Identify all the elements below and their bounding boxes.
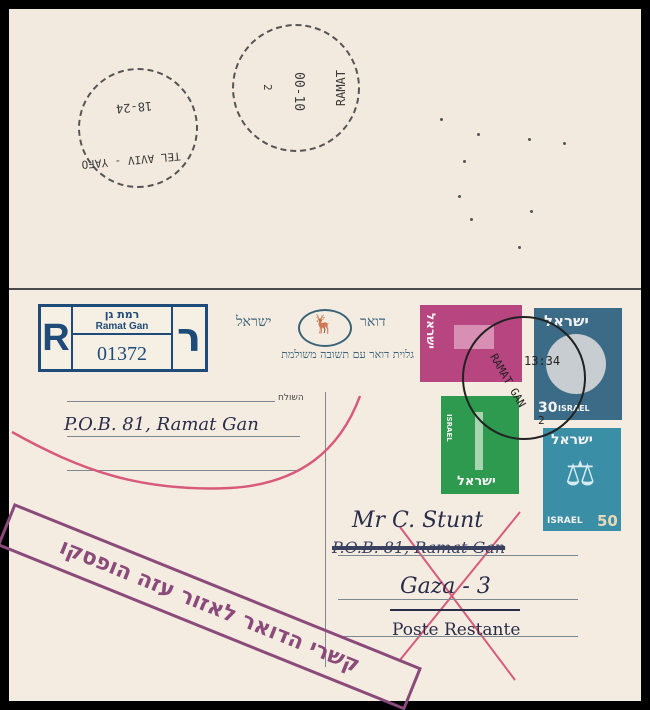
address-name: Mr C. Stunt (352, 508, 483, 533)
red-crayon-marks (0, 0, 650, 710)
address-line (338, 555, 578, 556)
city-underline (390, 609, 520, 611)
address-line (338, 599, 578, 600)
address-line (338, 636, 578, 637)
address-city: Gaza - 3 (400, 574, 491, 599)
address-service: Poste Restante (392, 620, 520, 640)
